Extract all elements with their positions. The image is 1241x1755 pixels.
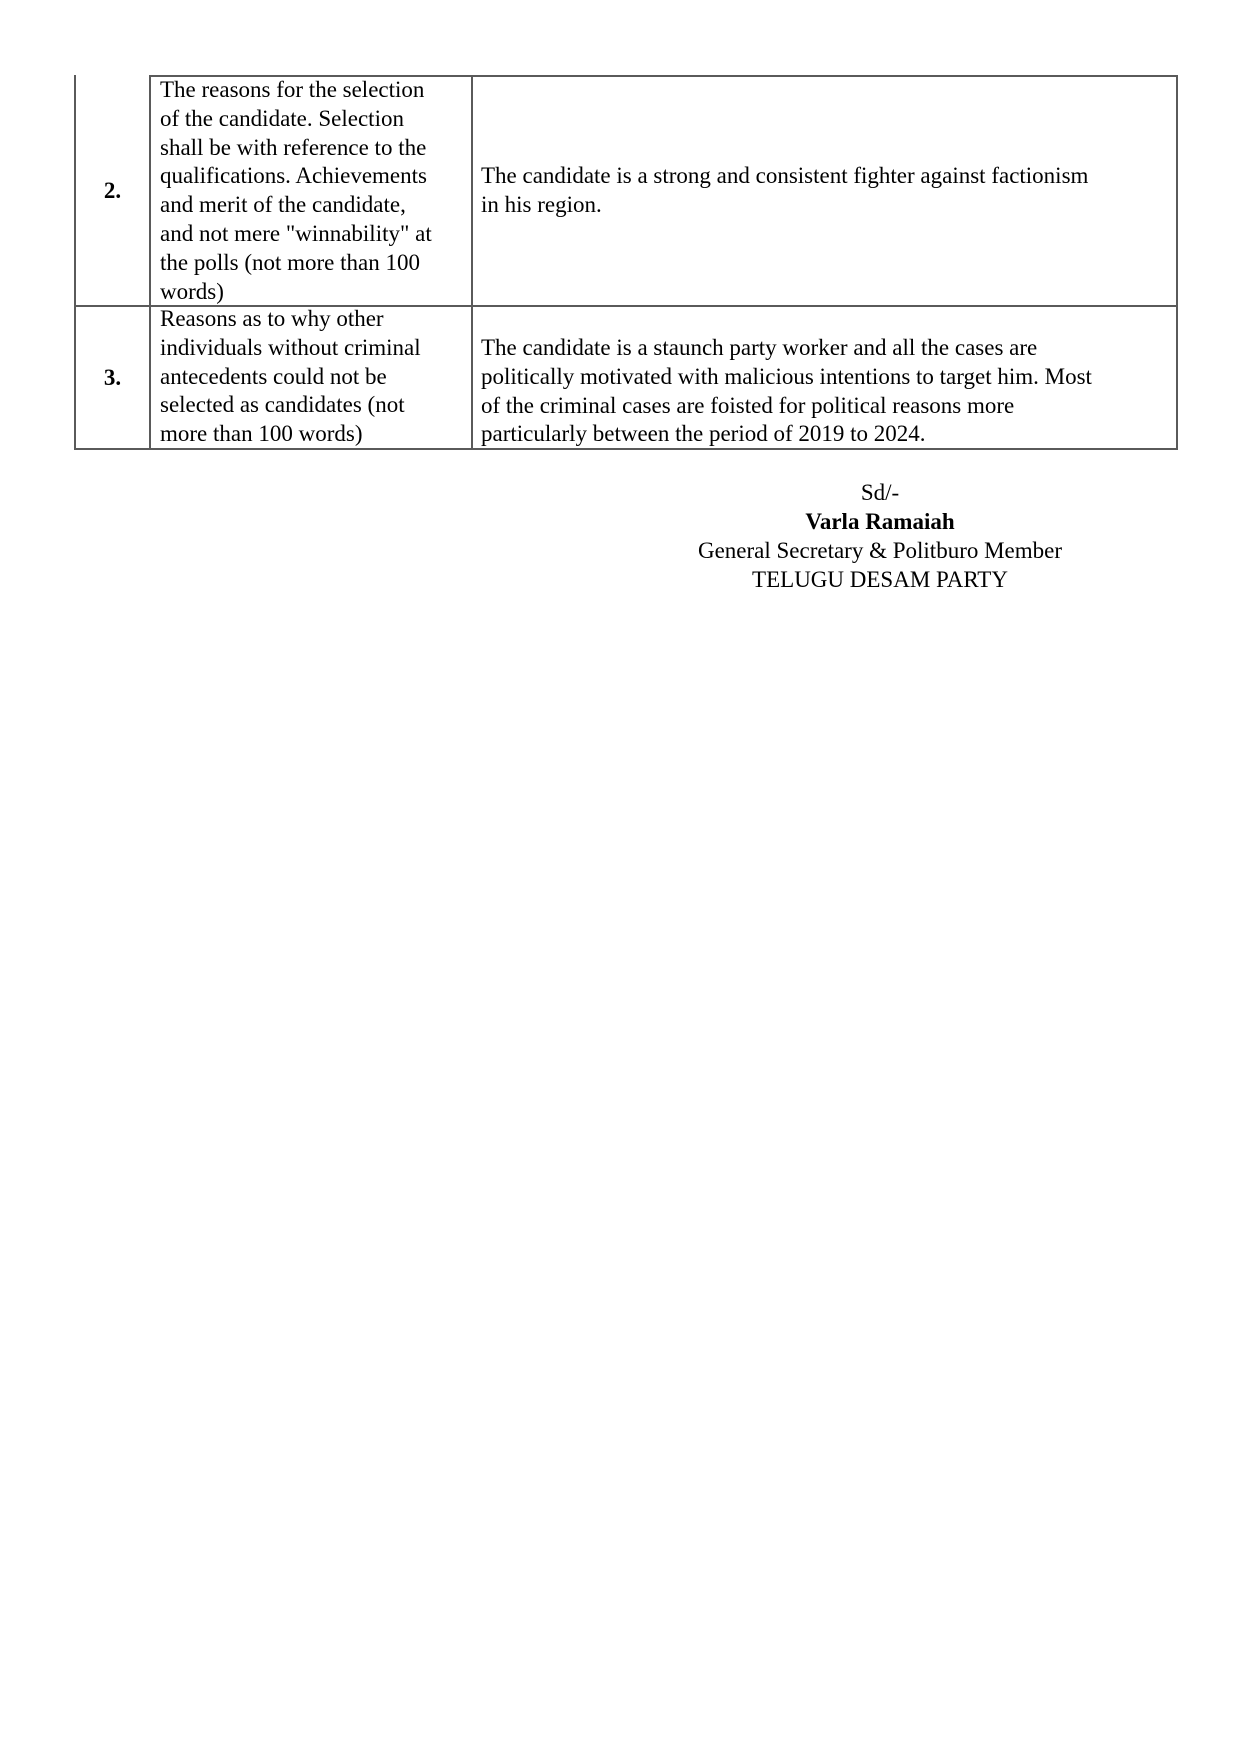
row-question: The reasons for the selection of the can… xyxy=(160,76,470,306)
signature-mark: Sd/- xyxy=(660,478,1100,507)
signatory-designation: General Secretary & Politburo Member xyxy=(660,536,1100,565)
row-number: 3. xyxy=(76,364,149,393)
table-divider-col1 xyxy=(149,75,151,450)
row-answer: The candidate is a strong and consistent… xyxy=(481,162,1171,220)
signature-block: Sd/- Varla Ramaiah General Secretary & P… xyxy=(660,478,1100,594)
row-number: 2. xyxy=(76,177,149,206)
table-border-right xyxy=(1176,75,1178,450)
row-question: Reasons as to why other individuals with… xyxy=(160,305,470,449)
document-page: 2. The reasons for the selection of the … xyxy=(0,0,1241,1755)
signatory-name: Varla Ramaiah xyxy=(660,507,1100,536)
organization-name: TELUGU DESAM PARTY xyxy=(660,565,1100,594)
table-border-left xyxy=(74,75,76,450)
row-answer: The candidate is a staunch party worker … xyxy=(481,334,1171,449)
table-divider-col2 xyxy=(471,75,473,450)
